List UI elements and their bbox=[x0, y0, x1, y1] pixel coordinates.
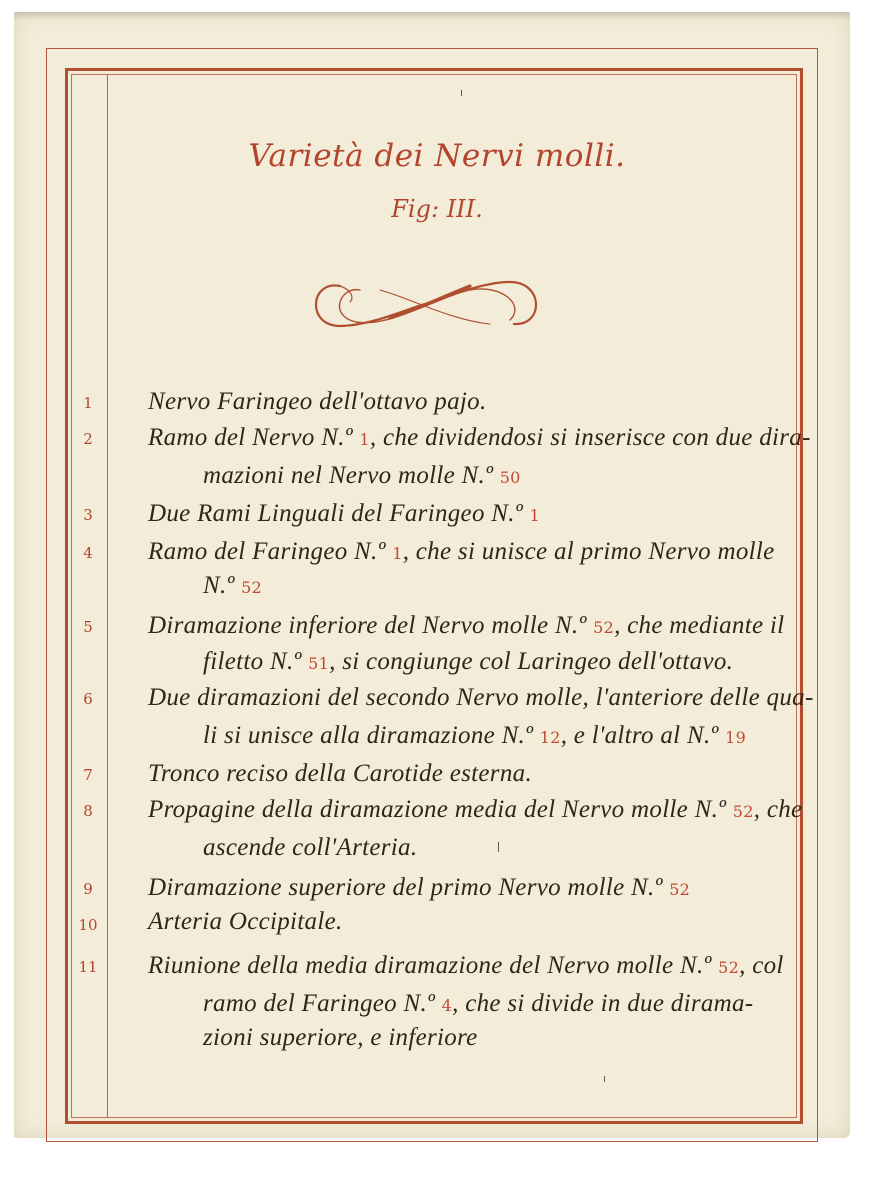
entry-number: 2 bbox=[68, 430, 108, 448]
entry-number: 9 bbox=[68, 880, 108, 898]
entry-number: 5 bbox=[68, 618, 108, 636]
entry-line: li si unisce alla diramazione N.º 12, e … bbox=[203, 722, 746, 750]
entry-number: 8 bbox=[68, 802, 108, 820]
entry-line: Due Rami Linguali del Faringeo N.º 1 bbox=[148, 500, 540, 528]
entry-line: Due diramazioni del secondo Nervo molle,… bbox=[148, 684, 814, 712]
ink-speck bbox=[498, 842, 499, 852]
entry-line: ramo del Faringeo N.º 4, che si divide i… bbox=[203, 990, 753, 1018]
entry-number: 6 bbox=[68, 690, 108, 708]
figure-reference-number: 52 bbox=[241, 578, 262, 597]
ink-speck bbox=[461, 90, 462, 96]
entry-number: 4 bbox=[68, 544, 108, 562]
figure-reference-number: 52 bbox=[669, 880, 690, 899]
entry-line: Diramazione inferiore del Nervo molle N.… bbox=[148, 612, 784, 640]
figure-reference-number: 1 bbox=[392, 544, 402, 563]
entry-number: 7 bbox=[68, 766, 108, 784]
figure-reference-number: 1 bbox=[359, 430, 369, 449]
entry-line: zioni superiore, e inferiore bbox=[203, 1024, 478, 1052]
entry-line: Nervo Faringeo dell'ottavo pajo. bbox=[148, 388, 487, 416]
figure-reference-number: 52 bbox=[733, 802, 754, 821]
figure-reference-number: 1 bbox=[529, 506, 539, 525]
page-title: Varietà dei Nervi molli. bbox=[0, 138, 874, 174]
entry-line: Riunione della media diramazione del Ner… bbox=[148, 952, 784, 980]
entry-line: Propagine della diramazione media del Ne… bbox=[148, 796, 802, 824]
entry-line: ascende coll'Arteria. bbox=[203, 834, 417, 862]
figure-reference-number: 51 bbox=[308, 654, 329, 673]
entry-line: Ramo del Nervo N.º 1, che dividendosi si… bbox=[148, 424, 811, 452]
entry-line: filetto N.º 51, si congiunge col Laringe… bbox=[203, 648, 733, 676]
entry-number: 3 bbox=[68, 506, 108, 524]
entry-number: 11 bbox=[68, 958, 108, 976]
figure-reference-number: 52 bbox=[718, 958, 739, 977]
entry-line: Arteria Occipitale. bbox=[148, 908, 343, 936]
entry-number: 10 bbox=[68, 916, 108, 934]
entry-line: mazioni nel Nervo molle N.º 50 bbox=[203, 462, 521, 490]
entry-line: N.º 52 bbox=[203, 572, 262, 600]
ink-speck bbox=[604, 1076, 605, 1082]
entry-number: 1 bbox=[68, 394, 108, 412]
entry-line: Ramo del Faringeo N.º 1, che si unisce a… bbox=[148, 538, 775, 566]
figure-label: Fig: III. bbox=[0, 195, 874, 223]
figure-reference-number: 12 bbox=[540, 728, 561, 747]
figure-reference-number: 4 bbox=[442, 996, 452, 1015]
figure-reference-number: 52 bbox=[593, 618, 614, 637]
entry-line: Tronco reciso della Carotide esterna. bbox=[148, 760, 532, 788]
entry-line: Diramazione superiore del primo Nervo mo… bbox=[148, 874, 690, 902]
figure-reference-number: 50 bbox=[500, 468, 521, 487]
calligraphic-flourish-icon bbox=[300, 268, 550, 340]
figure-reference-number: 19 bbox=[725, 728, 746, 747]
